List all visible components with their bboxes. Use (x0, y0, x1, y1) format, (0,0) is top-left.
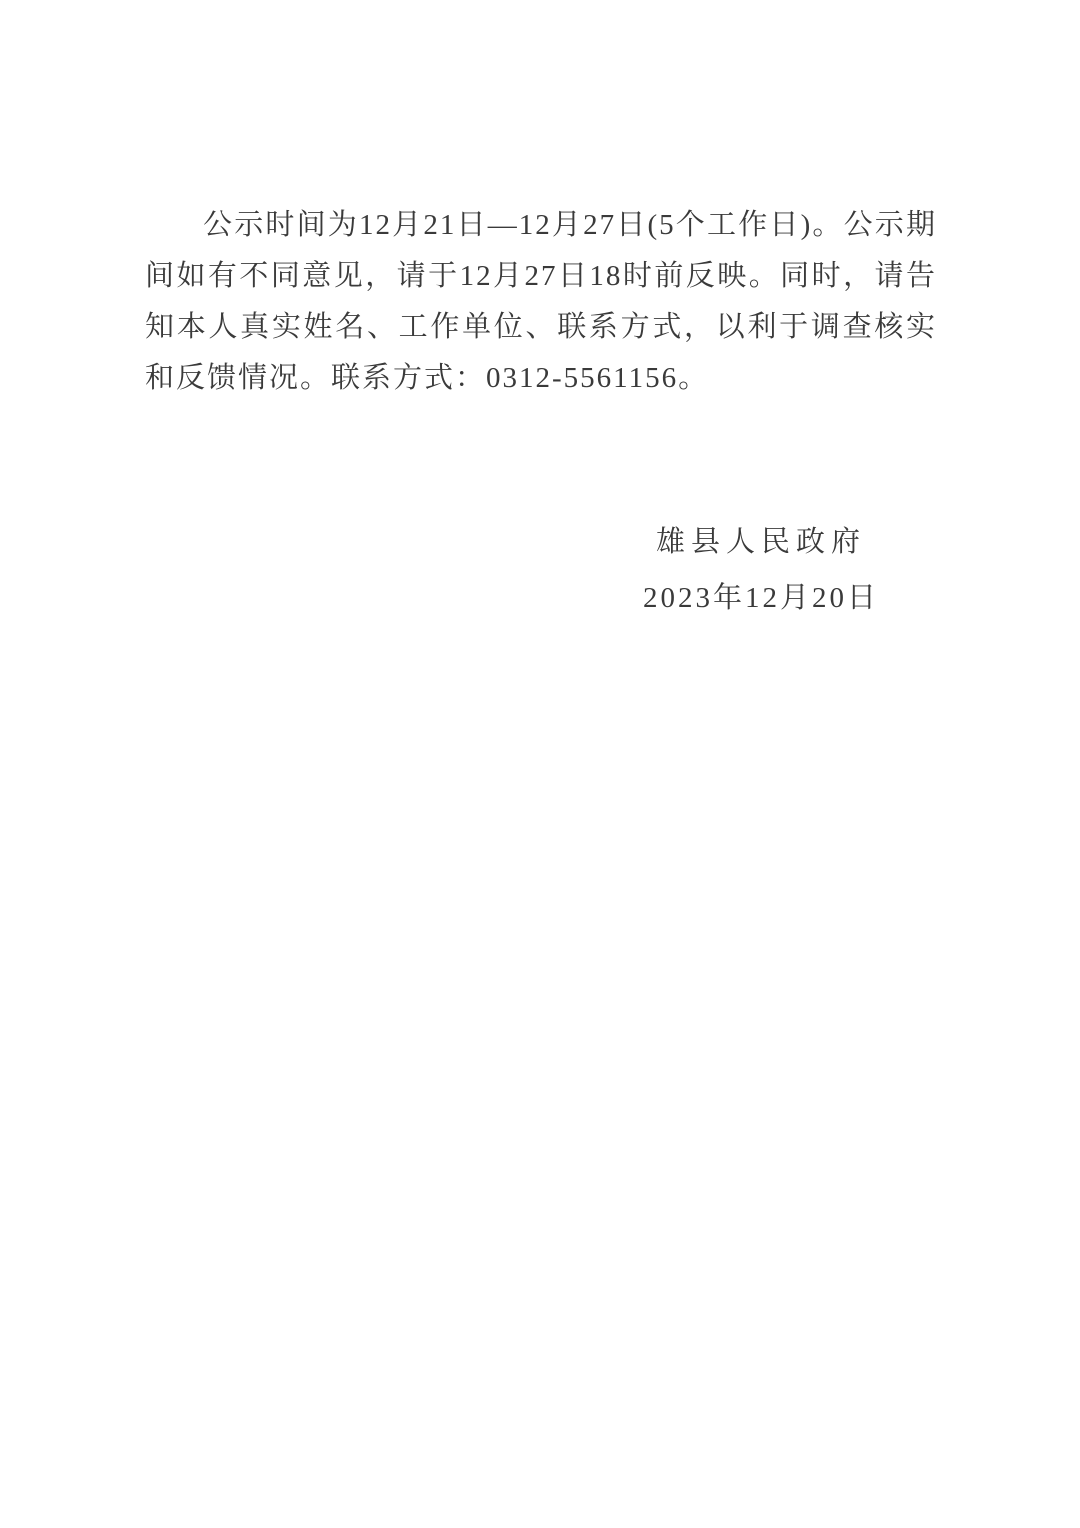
signature-block: 雄县人民政府 2023年12月20日 (560, 522, 962, 618)
signature-organization: 雄县人民政府 (560, 522, 962, 562)
signature-date: 2023年12月20日 (560, 578, 962, 618)
document-page: 公示时间为12月21日—12月27日(5个工作日)。公示期间如有不同意见，请于1… (0, 0, 1080, 1528)
notice-paragraph: 公示时间为12月21日—12月27日(5个工作日)。公示期间如有不同意见，请于1… (145, 200, 937, 404)
